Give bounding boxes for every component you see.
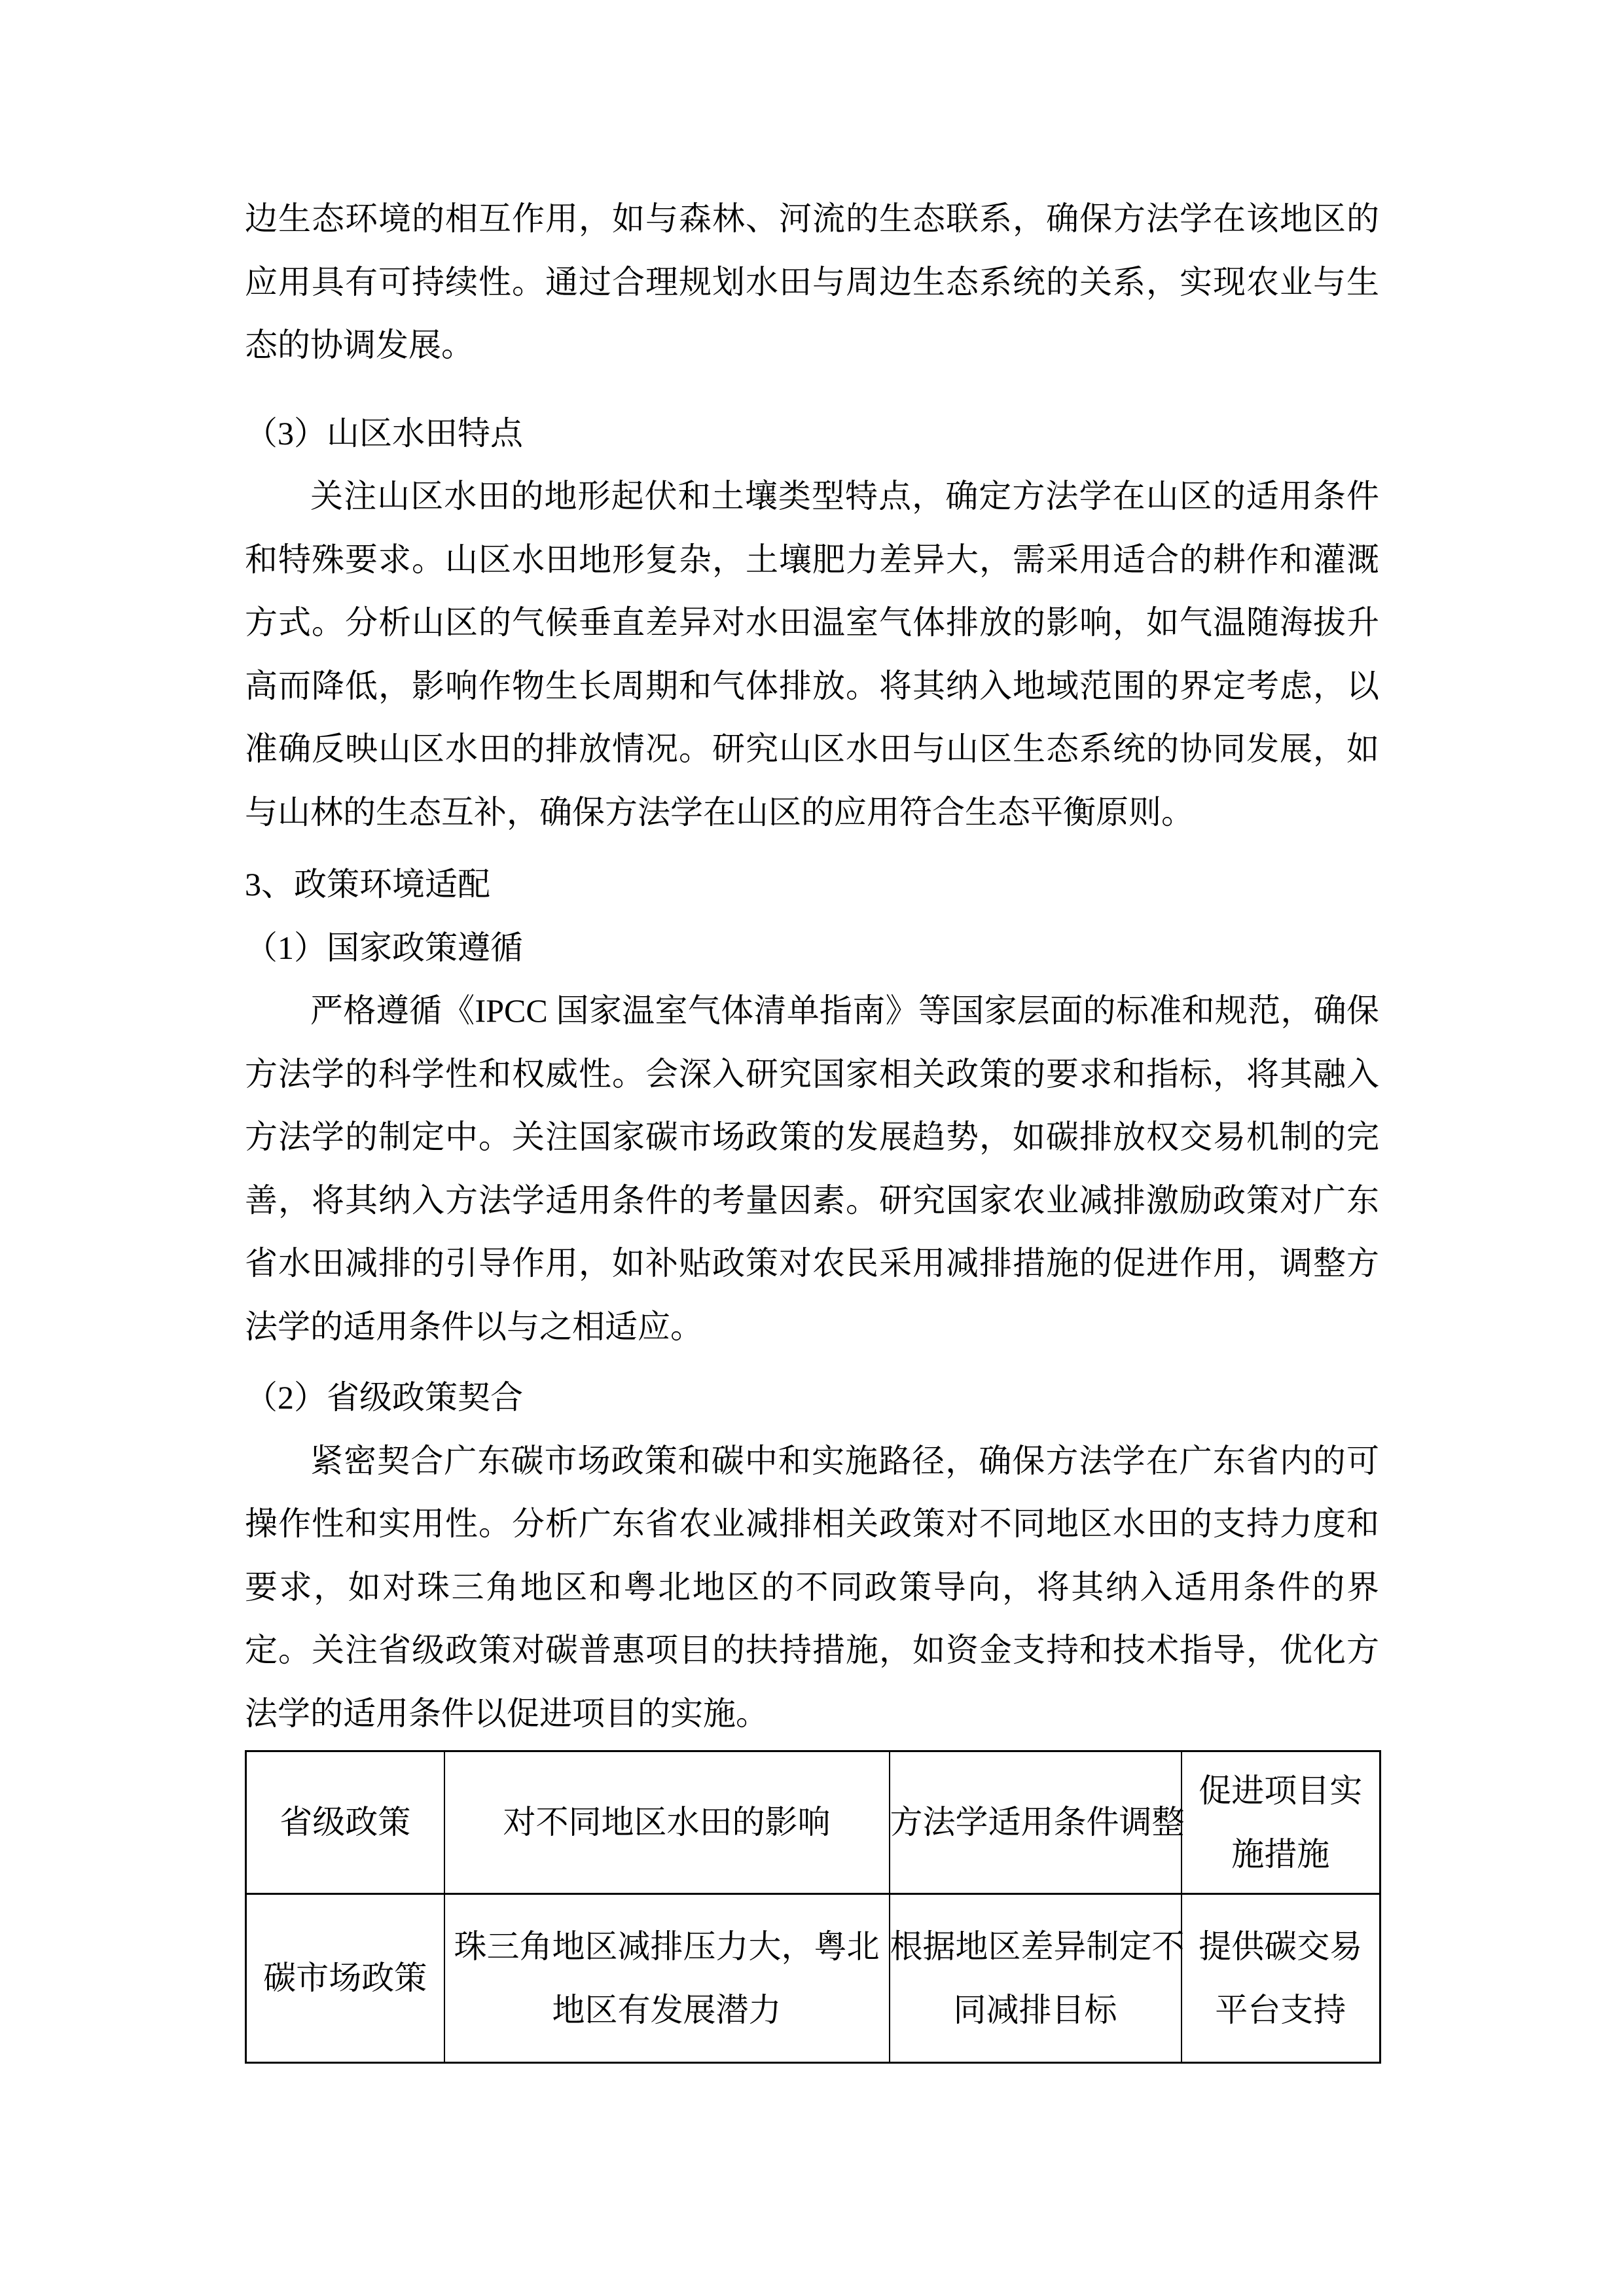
policy-table: 省级政策 对不同地区水田的影响 方法学适用条件调整 促进项目实 施措施 碳市场政… bbox=[245, 1750, 1381, 2064]
heading-national-policy: （1）国家政策遵循 bbox=[245, 916, 1379, 980]
paragraph-ecology-continuation: 边生态环境的相互作用，如与森林、河流的生态联系，确保方法学在该地区的应用具有可持… bbox=[245, 187, 1379, 377]
table-cell-regional-impact: 珠三角地区减排压力大，粤北 地区有发展潜力 bbox=[444, 1894, 890, 2063]
table-cell-implementation-measure: 提供碳交易 平台支持 bbox=[1182, 1894, 1380, 2063]
table-header-provincial-policy: 省级政策 bbox=[246, 1751, 444, 1894]
heading-provincial-policy: （2）省级政策契合 bbox=[245, 1366, 1379, 1429]
table-header-implementation-measures: 促进项目实 施措施 bbox=[1182, 1751, 1380, 1894]
paragraph-mountain-paddy: 关注山区水田的地形起伏和土壤类型特点，确定方法学在山区的适用条件和特殊要求。山区… bbox=[245, 465, 1379, 844]
table-cell-condition-adjustment: 根据地区差异制定不 同减排目标 bbox=[890, 1894, 1182, 2063]
table-header-condition-adjustment: 方法学适用条件调整 bbox=[890, 1751, 1182, 1894]
document-page: 边生态环境的相互作用，如与森林、河流的生态联系，确保方法学在该地区的应用具有可持… bbox=[0, 0, 1624, 2296]
table-cell-policy-name: 碳市场政策 bbox=[246, 1894, 444, 2063]
paragraph-national-policy: 严格遵循《IPCC 国家温室气体清单指南》等国家层面的标准和规范，确保方法学的科… bbox=[245, 979, 1379, 1358]
table-header-row: 省级政策 对不同地区水田的影响 方法学适用条件调整 促进项目实 施措施 bbox=[246, 1751, 1380, 1894]
paragraph-provincial-policy: 紧密契合广东碳市场政策和碳中和实施路径，确保方法学在广东省内的可操作性和实用性。… bbox=[245, 1429, 1379, 1746]
heading-policy-environment: 3、政策环境适配 bbox=[245, 853, 1379, 916]
table-row-carbon-market: 碳市场政策 珠三角地区减排压力大，粤北 地区有发展潜力 根据地区差异制定不 同减… bbox=[246, 1894, 1380, 2063]
table-header-regional-impact: 对不同地区水田的影响 bbox=[444, 1751, 890, 1894]
heading-mountain-paddy-features: （3）山区水田特点 bbox=[245, 402, 1379, 465]
